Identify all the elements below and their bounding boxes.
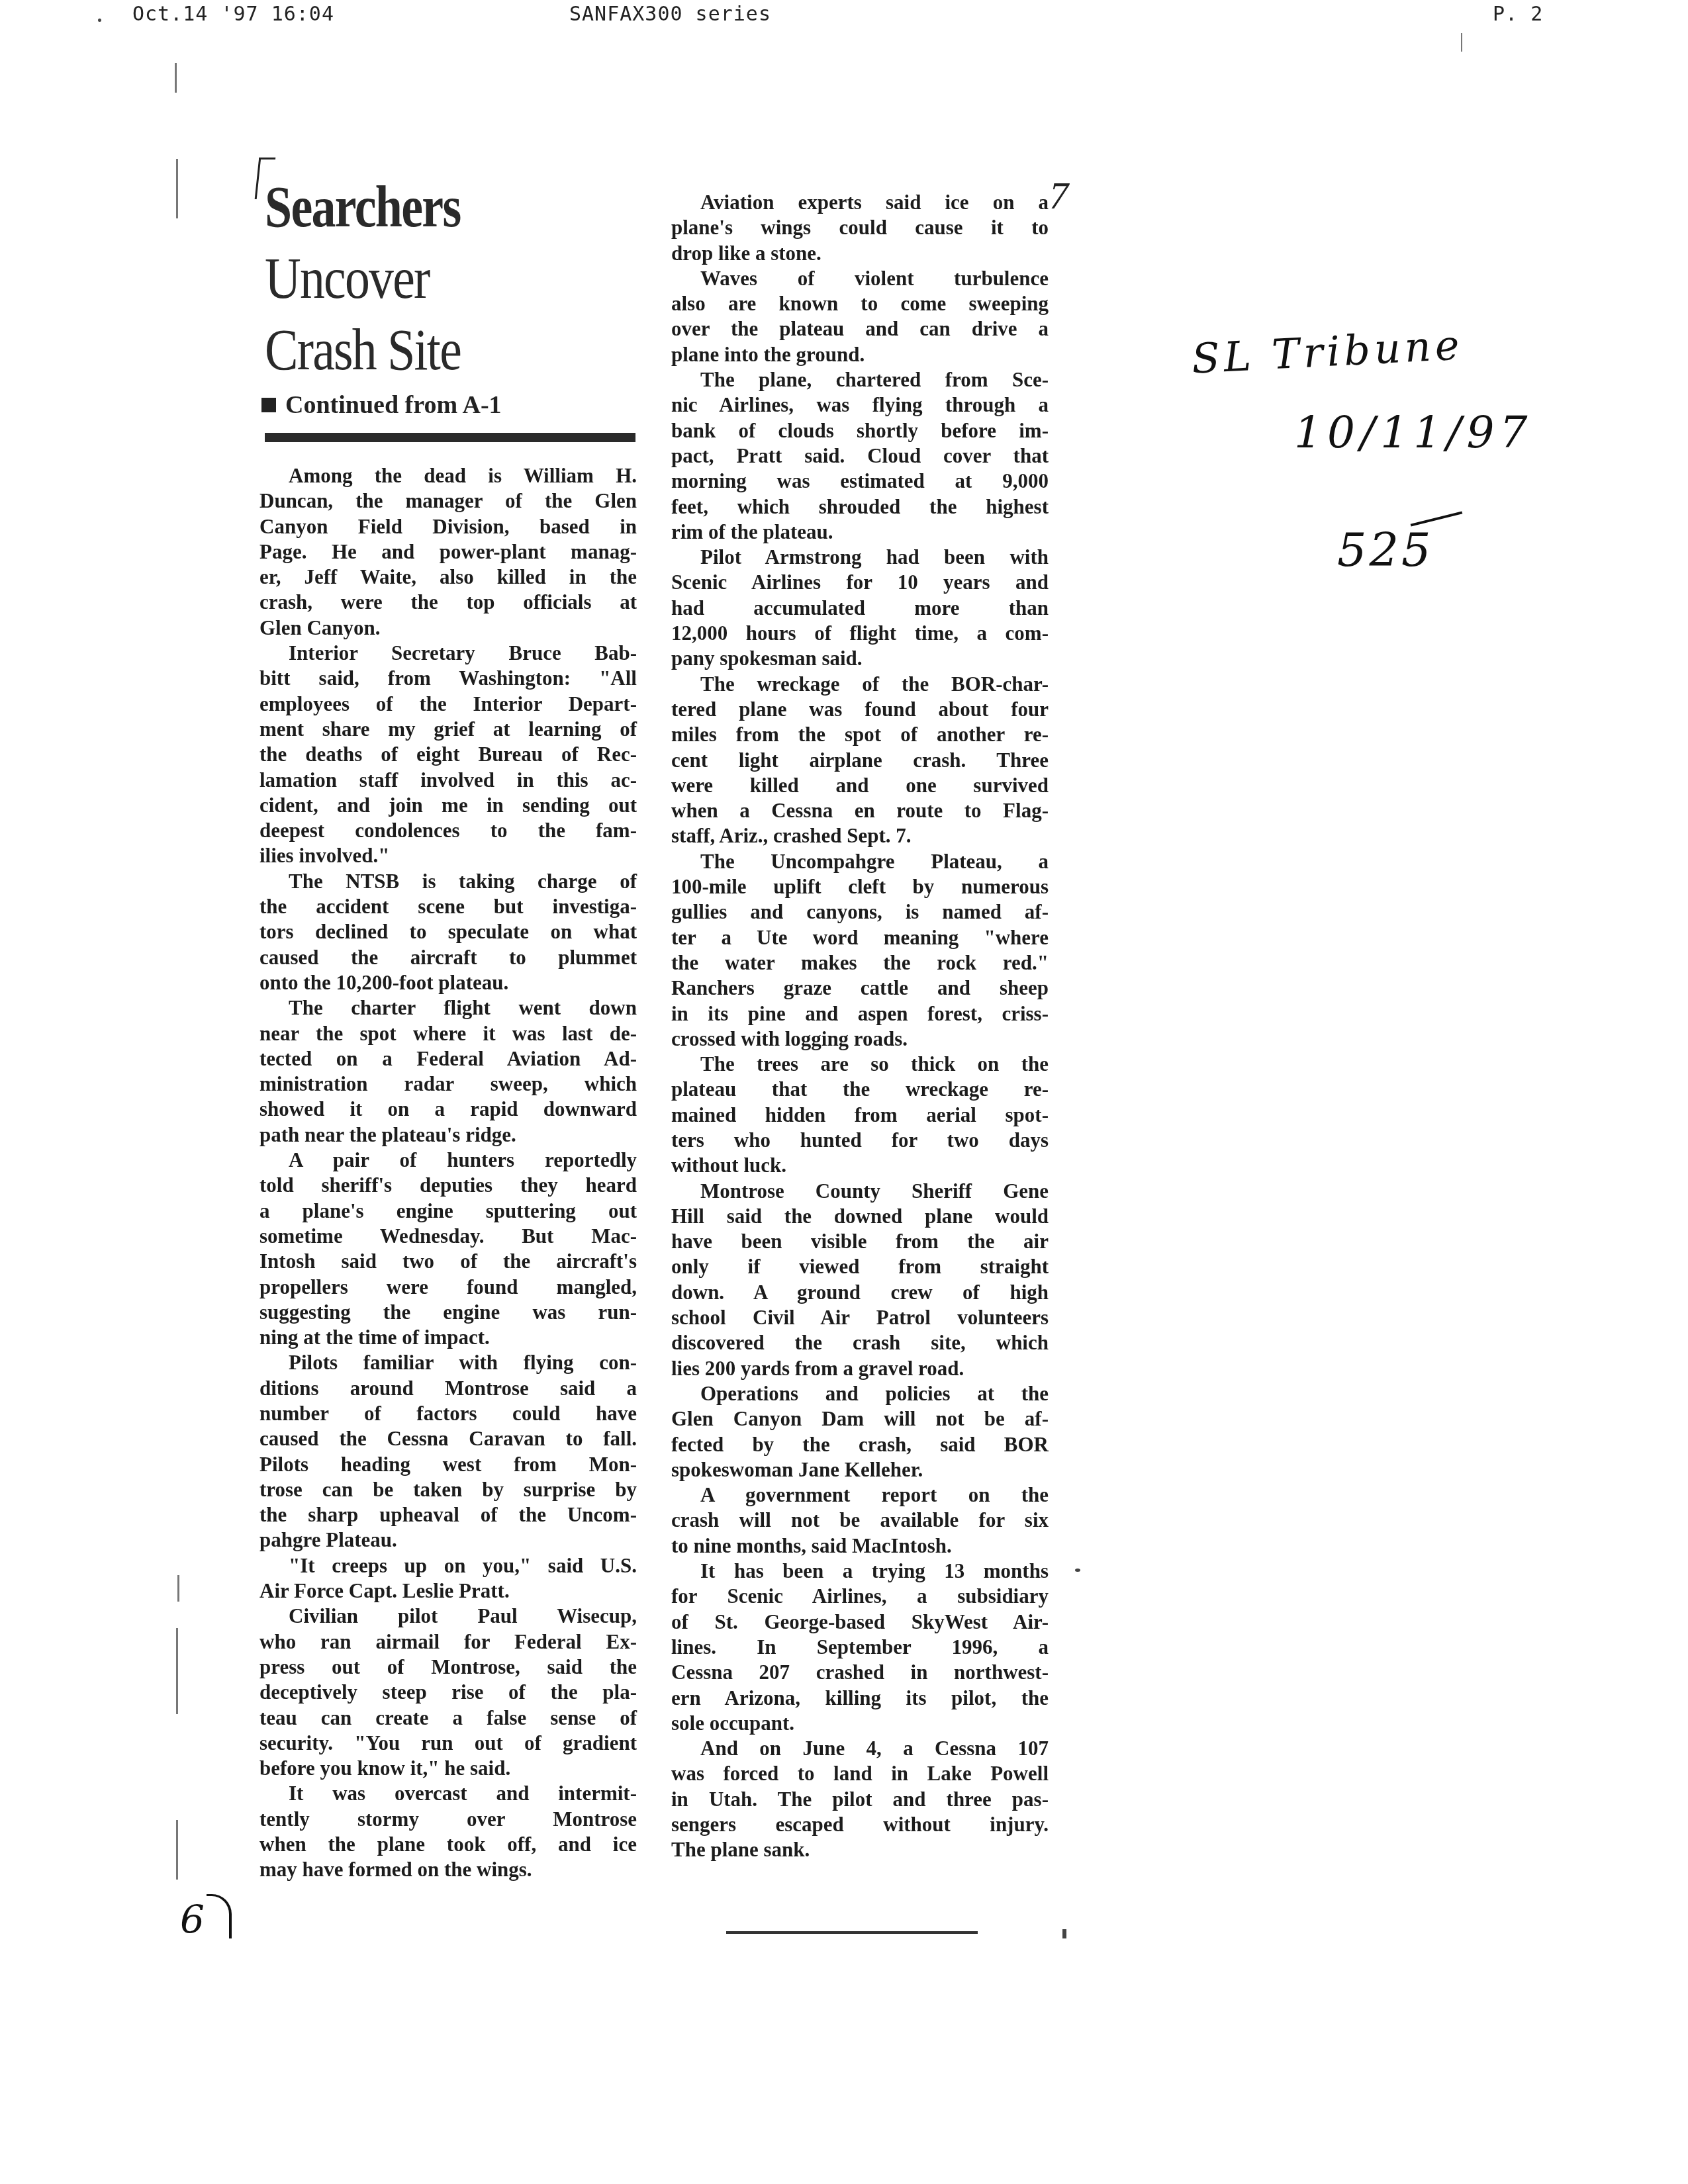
article-line: ters who hunted for two days (671, 1128, 1049, 1153)
article-line: Waves of violent turbulence (671, 266, 1049, 291)
article-line: plateau that the wreckage re- (671, 1077, 1049, 1102)
article-line: lamation staff involved in this ac- (259, 768, 637, 793)
article-line: spokeswoman Jane Kelleher. (671, 1457, 1049, 1482)
article-line: Pilots familiar with flying con- (259, 1350, 637, 1375)
article-line: without luck. (671, 1153, 1049, 1178)
article-line: caused the Cessna Caravan to fall. (259, 1426, 637, 1451)
article-right-column: Aviation experts said ice on aplane's wi… (671, 190, 1049, 1863)
handwritten-seven: 7 (1049, 173, 1068, 218)
handwritten-source: SL Tribune (1190, 320, 1464, 383)
article-paragraph: The Uncompahgre Plateau, a100-mile uplif… (671, 849, 1049, 1052)
article-line: in its pine and aspen forest, criss- (671, 1001, 1049, 1026)
article-line: The Uncompahgre Plateau, a (671, 849, 1049, 874)
article-line: ter a Ute word meaning "where (671, 925, 1049, 950)
article-line: may have formed on the wings. (259, 1857, 637, 1882)
article-line: showed it on a rapid downward (259, 1097, 637, 1122)
article-line: Hill said the downed plane would (671, 1204, 1049, 1229)
article-paragraph: Civilian pilot Paul Wisecup,who ran airm… (259, 1604, 637, 1781)
article-paragraph: Montrose County Sheriff GeneHill said th… (671, 1179, 1049, 1381)
article-line: "It creeps up on you," said U.S. (259, 1553, 637, 1578)
article-line: discovered the crash site, which (671, 1330, 1049, 1355)
article-line: deepest condolences to the fam- (259, 818, 637, 843)
article-paragraph: The wreckage of the BOR-char-tered plane… (671, 672, 1049, 849)
article-paragraph: And on June 4, a Cessna 107was forced to… (671, 1736, 1049, 1862)
continued-from-label: Continued from A-1 (261, 390, 502, 420)
handwritten-date: 10/11/97 (1294, 407, 1532, 458)
article-paragraph: Among the dead is William H.Duncan, the … (259, 463, 637, 641)
article-line: had accumulated more than (671, 596, 1049, 621)
article-line: were killed and one survived (671, 773, 1049, 798)
article-line: Duncan, the manager of the Glen (259, 488, 637, 514)
fax-machine-label: SANFAX300 series (569, 3, 771, 26)
article-line: crash, were the top officials at (259, 590, 637, 615)
article-line: The NTSB is taking charge of (259, 869, 637, 894)
article-paragraph: The plane, chartered from Sce-nic Airlin… (671, 367, 1049, 545)
article-line: employees of the Interior Depart- (259, 692, 637, 717)
article-line: pany spokesman said. (671, 646, 1049, 671)
margin-line (177, 1575, 179, 1602)
article-line: tently stormy over Montrose (259, 1807, 637, 1832)
article-line: also are known to come sweeping (671, 291, 1049, 316)
article-line: cident, and join me in sending out (259, 793, 637, 818)
article-line: Civilian pilot Paul Wisecup, (259, 1604, 637, 1629)
article-line: ern Arizona, killing its pilot, the (671, 1686, 1049, 1711)
article-line: near the spot where it was last de- (259, 1021, 637, 1046)
continued-text: Continued from A-1 (285, 390, 502, 420)
article-line: Ranchers graze cattle and sheep (671, 976, 1049, 1001)
article-line: before you know it," he said. (259, 1756, 637, 1781)
article-line: The charter flight went down (259, 995, 637, 1021)
article-line: Intosh said two of the aircraft's (259, 1249, 637, 1274)
scan-speck (1075, 1569, 1080, 1572)
article-line: lines. In September 1996, a (671, 1635, 1049, 1660)
article-line: only if viewed from straight (671, 1254, 1049, 1279)
end-rule (726, 1931, 978, 1934)
article-line: propellers were found mangled, (259, 1275, 637, 1300)
article-line: sole occupant. (671, 1711, 1049, 1736)
article-line: lies 200 yards from a gravel road. (671, 1356, 1049, 1381)
article-paragraph: Pilots familiar with flying con-ditions … (259, 1350, 637, 1553)
margin-line (176, 1820, 178, 1880)
article-line: Glen Canyon. (259, 615, 637, 641)
article-line: pact, Pratt said. Cloud cover that (671, 443, 1049, 469)
article-line: The plane sank. (671, 1837, 1049, 1862)
article-line: 12,000 hours of flight time, a com- (671, 621, 1049, 646)
article-paragraph: Aviation experts said ice on aplane's wi… (671, 190, 1049, 266)
handwritten-number: 525 (1337, 523, 1434, 577)
article-line: nic Airlines, was flying through a (671, 392, 1049, 418)
article-left-column: Among the dead is William H.Duncan, the … (259, 463, 637, 1883)
article-line: Aviation experts said ice on a (671, 190, 1049, 215)
article-line: when a Cessna en route to Flag- (671, 798, 1049, 823)
article-line: the sharp upheaval of the Uncom- (259, 1502, 637, 1527)
article-line: Glen Canyon Dam will not be af- (671, 1406, 1049, 1432)
article-line: mained hidden from aerial spot- (671, 1103, 1049, 1128)
article-line: morning was estimated at 9,000 (671, 469, 1049, 494)
article-line: school Civil Air Patrol volunteers (671, 1305, 1049, 1330)
article-paragraph: It has been a trying 13 monthsfor Scenic… (671, 1559, 1049, 1736)
article-paragraph: A pair of hunters reportedlytold sheriff… (259, 1148, 637, 1350)
article-line: And on June 4, a Cessna 107 (671, 1736, 1049, 1761)
bullet-square-icon (261, 398, 276, 412)
article-line: feet, which shrouded the highest (671, 494, 1049, 520)
article-line: path near the plateau's ridge. (259, 1122, 637, 1148)
article-line: plane's wings could cause it to (671, 215, 1049, 240)
article-line: Cessna 207 crashed in northwest- (671, 1660, 1049, 1685)
article-line: was forced to land in Lake Powell (671, 1761, 1049, 1786)
scan-speck (1062, 1929, 1066, 1938)
article-line: security. "You run out of gradient (259, 1731, 637, 1756)
article-line: down. A ground crew of high (671, 1280, 1049, 1305)
article-headline: Searchers Uncover Crash Site (265, 172, 635, 387)
article-line: to nine months, said MacIntosh. (671, 1533, 1049, 1559)
article-paragraph: It was overcast and intermit-tently stor… (259, 1781, 637, 1882)
article-line: in Utah. The pilot and three pas- (671, 1787, 1049, 1812)
article-line: Montrose County Sheriff Gene (671, 1179, 1049, 1204)
headline-line-2: Uncover (265, 244, 584, 315)
article-line: the accident scene but investiga- (259, 894, 637, 919)
article-line: tered plane was found about four (671, 697, 1049, 722)
article-paragraph: The trees are so thick on theplateau tha… (671, 1052, 1049, 1178)
article-paragraph: A government report on thecrash will not… (671, 1482, 1049, 1559)
article-line: The plane, chartered from Sce- (671, 367, 1049, 392)
article-line: over the plateau and can drive a (671, 316, 1049, 341)
article-line: crash will not be available for six (671, 1508, 1049, 1533)
article-line: ilies involved." (259, 843, 637, 868)
article-line: A pair of hunters reportedly (259, 1148, 637, 1173)
article-line: when the plane took off, and ice (259, 1832, 637, 1857)
margin-line (1461, 33, 1462, 52)
article-line: The wreckage of the BOR-char- (671, 672, 1049, 697)
article-line: press out of Montrose, said the (259, 1655, 637, 1680)
headline-line-3: Crash Site (265, 315, 584, 387)
article-line: ditions around Montrose said a (259, 1376, 637, 1401)
article-line: bitt said, from Washington: "All (259, 666, 637, 691)
article-paragraph: Pilot Armstrong had been withScenic Airl… (671, 545, 1049, 671)
article-line: Air Force Capt. Leslie Pratt. (259, 1578, 637, 1604)
article-line: ning at the time of impact. (259, 1325, 637, 1350)
article-paragraph: The charter flight went downnear the spo… (259, 995, 637, 1148)
article-line: the water makes the rock red." (671, 950, 1049, 976)
article-line: for Scenic Airlines, a subsidiary (671, 1584, 1049, 1609)
article-line: tors declined to speculate on what (259, 919, 637, 944)
article-line: Scenic Airlines for 10 years and (671, 570, 1049, 595)
article-line: rim of the plateau. (671, 520, 1049, 545)
article-line: miles from the spot of another re- (671, 722, 1049, 747)
fax-header: Oct.14 '97 16:04 SANFAX300 series P. 2 (0, 3, 1688, 29)
article-line: number of factors could have (259, 1401, 637, 1426)
margin-line (176, 159, 178, 218)
article-line: Pilots heading west from Mon- (259, 1452, 637, 1477)
article-line: Pilot Armstrong had been with (671, 545, 1049, 570)
article-line: of St. George-based SkyWest Air- (671, 1610, 1049, 1635)
article-line: the deaths of eight Bureau of Rec- (259, 742, 637, 767)
article-line: cent light airplane crash. Three (671, 748, 1049, 773)
scan-speck (98, 19, 101, 22)
article-line: er, Jeff Waite, also killed in the (259, 565, 637, 590)
article-line: gullies and canyons, is named af- (671, 899, 1049, 925)
article-paragraph: Waves of violent turbulencealso are know… (671, 266, 1049, 367)
article-paragraph: The NTSB is taking charge ofthe accident… (259, 869, 637, 995)
article-line: have been visible from the air (671, 1229, 1049, 1254)
article-line: trose can be taken by surprise by (259, 1477, 637, 1502)
article-paragraph: Operations and policies at theGlen Canyo… (671, 1381, 1049, 1482)
article-line: a plane's engine sputtering out (259, 1199, 637, 1224)
article-line: onto the 10,200-foot plateau. (259, 970, 637, 995)
article-line: A government report on the (671, 1482, 1049, 1508)
article-line: teau can create a false sense of (259, 1706, 637, 1731)
article-paragraph: "It creeps up on you," said U.S.Air Forc… (259, 1553, 637, 1604)
article-line: pahgre Plateau. (259, 1527, 637, 1553)
article-line: ministration radar sweep, which (259, 1071, 637, 1097)
article-line: suggesting the engine was run- (259, 1300, 637, 1325)
article-line: Operations and policies at the (671, 1381, 1049, 1406)
margin-line (175, 63, 177, 93)
fax-timestamp: Oct.14 '97 16:04 (132, 3, 334, 26)
article-line: sometime Wednesday. But Mac- (259, 1224, 637, 1249)
section-rule (265, 433, 635, 442)
article-line: who ran airmail for Federal Ex- (259, 1629, 637, 1655)
article-line: Interior Secretary Bruce Bab- (259, 641, 637, 666)
article-line: sengers escaped without injury. (671, 1812, 1049, 1837)
article-line: drop like a stone. (671, 241, 1049, 266)
article-line: plane into the ground. (671, 342, 1049, 367)
handwritten-arc (207, 1894, 232, 1938)
handwritten-page-mark: 6 (180, 1897, 205, 1942)
article-line: fected by the crash, said BOR (671, 1432, 1049, 1457)
article-line: 100-mile uplift cleft by numerous (671, 874, 1049, 899)
headline-line-1: Searchers (265, 172, 576, 244)
article-line: staff, Ariz., crashed Sept. 7. (671, 823, 1049, 848)
article-line: Canyon Field Division, based in (259, 514, 637, 539)
fax-page-number: P. 2 (1493, 3, 1543, 26)
article-line: told sheriff's deputies they heard (259, 1173, 637, 1198)
article-paragraph: Interior Secretary Bruce Bab-bitt said, … (259, 641, 637, 869)
article-line: tected on a Federal Aviation Ad- (259, 1046, 637, 1071)
article-line: It was overcast and intermit- (259, 1781, 637, 1806)
article-line: crossed with logging roads. (671, 1026, 1049, 1052)
article-line: Page. He and power-plant manag- (259, 539, 637, 565)
article-line: bank of clouds shortly before im- (671, 418, 1049, 443)
article-line: deceptively steep rise of the pla- (259, 1680, 637, 1705)
article-line: caused the aircraft to plummet (259, 945, 637, 970)
article-line: ment share my grief at learning of (259, 717, 637, 742)
article-line: It has been a trying 13 months (671, 1559, 1049, 1584)
margin-line (176, 1628, 178, 1714)
article-line: The trees are so thick on the (671, 1052, 1049, 1077)
article-line: Among the dead is William H. (259, 463, 637, 488)
